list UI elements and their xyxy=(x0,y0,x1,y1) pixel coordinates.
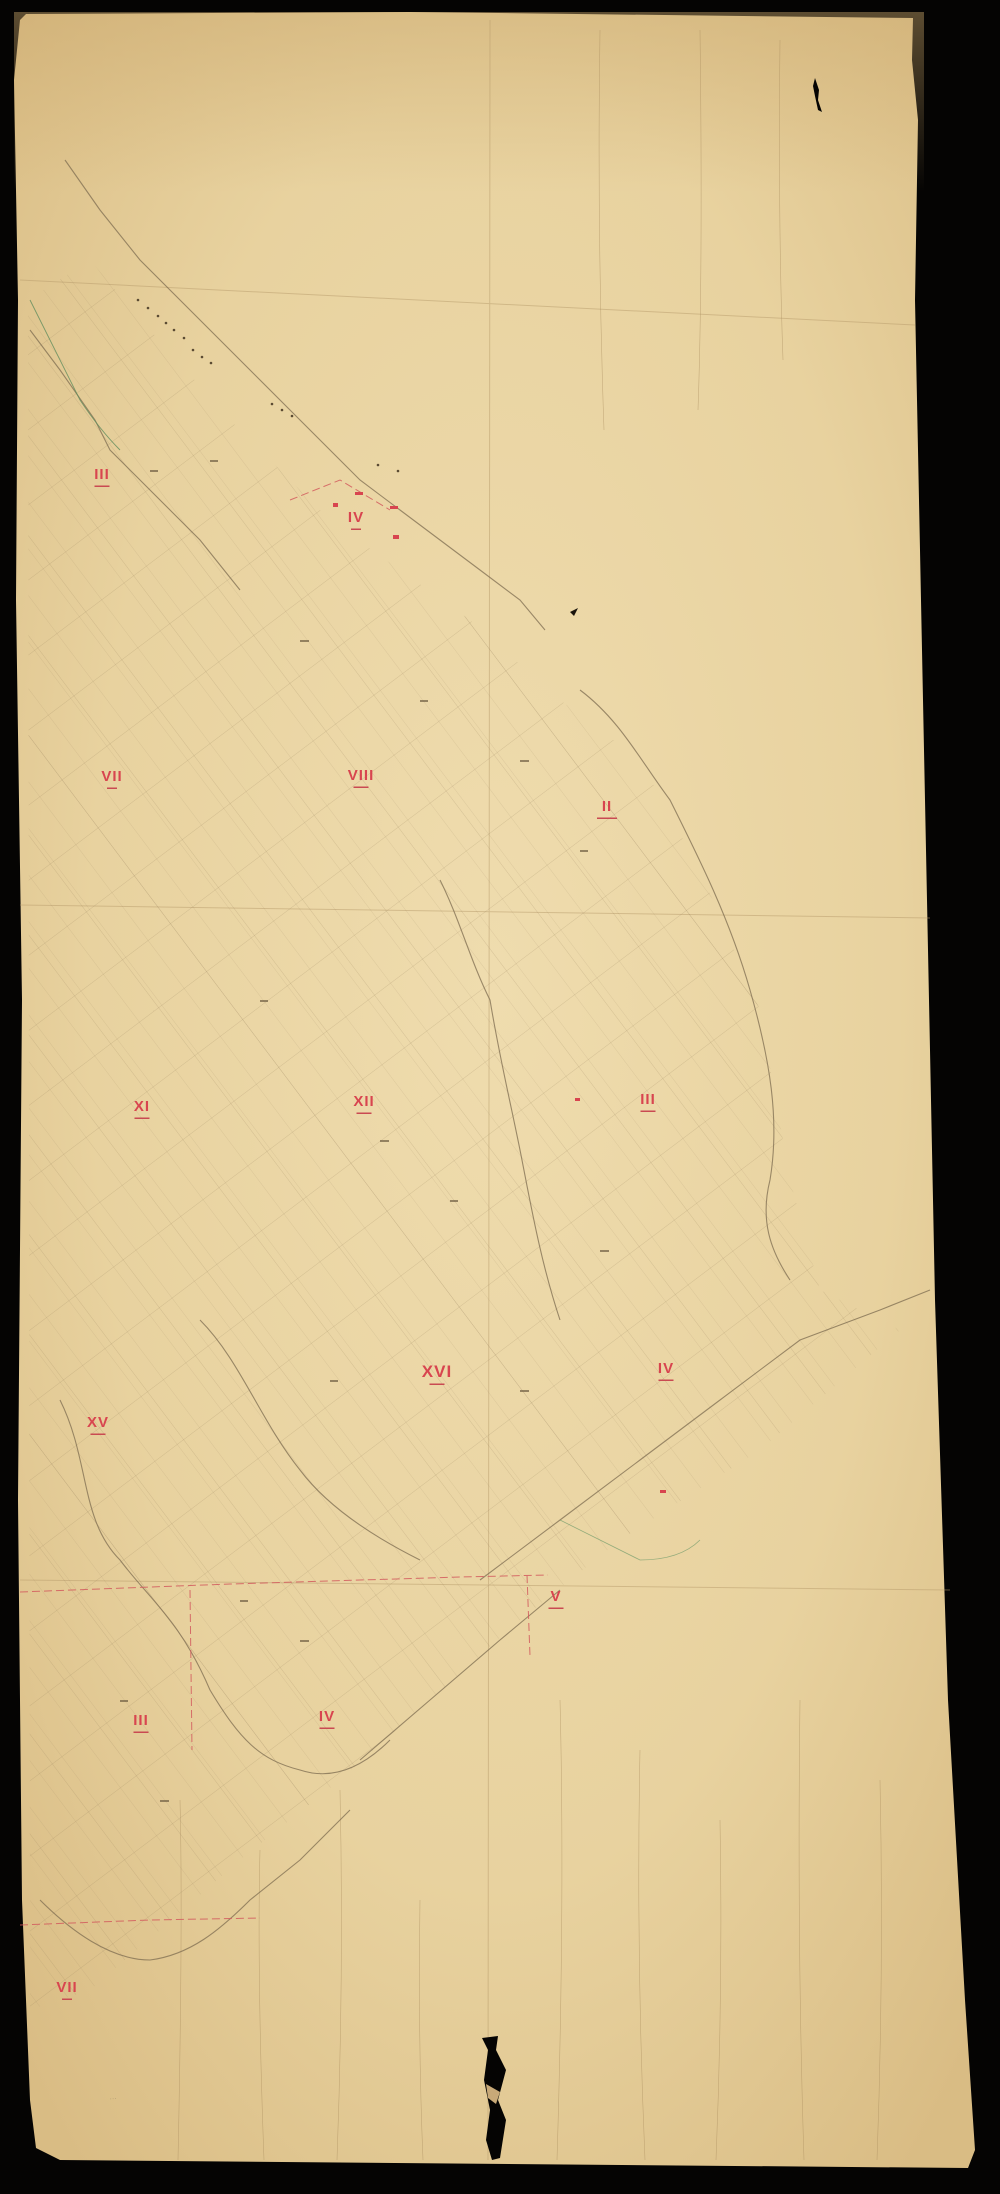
district-label-vii: VII▬▬ xyxy=(101,769,122,791)
district-label-vii-south: VII▬▬ xyxy=(56,1980,77,2002)
district-label-xi: XI▬▬▬ xyxy=(134,1099,150,1121)
district-label-iv: IV▬▬ xyxy=(348,510,364,532)
map-sheet: III▬▬▬ IV▬▬ VII▬▬ VIII▬▬▬ II▬▬▬▬ XI▬▬▬ X… xyxy=(0,0,1000,2194)
map-drawing xyxy=(0,0,1000,2194)
district-label-iii: III▬▬▬ xyxy=(94,467,110,489)
district-label-iv-south: IV▬▬▬ xyxy=(319,1709,335,1731)
district-label-xii: XII▬▬▬ xyxy=(353,1094,374,1116)
district-label-v: V▬▬▬ xyxy=(549,1589,564,1611)
district-label-viii: VIII▬▬▬ xyxy=(348,768,375,790)
handwritten-note: … xyxy=(110,2093,117,2101)
district-label-iii-south: III▬▬▬ xyxy=(133,1713,149,1735)
district-label-iv-east: IV▬▬▬ xyxy=(658,1361,674,1383)
district-label-ii: II▬▬▬▬ xyxy=(597,799,617,821)
district-label-iii-east: III▬▬▬ xyxy=(640,1092,656,1114)
district-label-xvi: XVI▬▬▬ xyxy=(422,1363,452,1387)
district-label-xv: XV▬▬▬ xyxy=(87,1415,109,1437)
